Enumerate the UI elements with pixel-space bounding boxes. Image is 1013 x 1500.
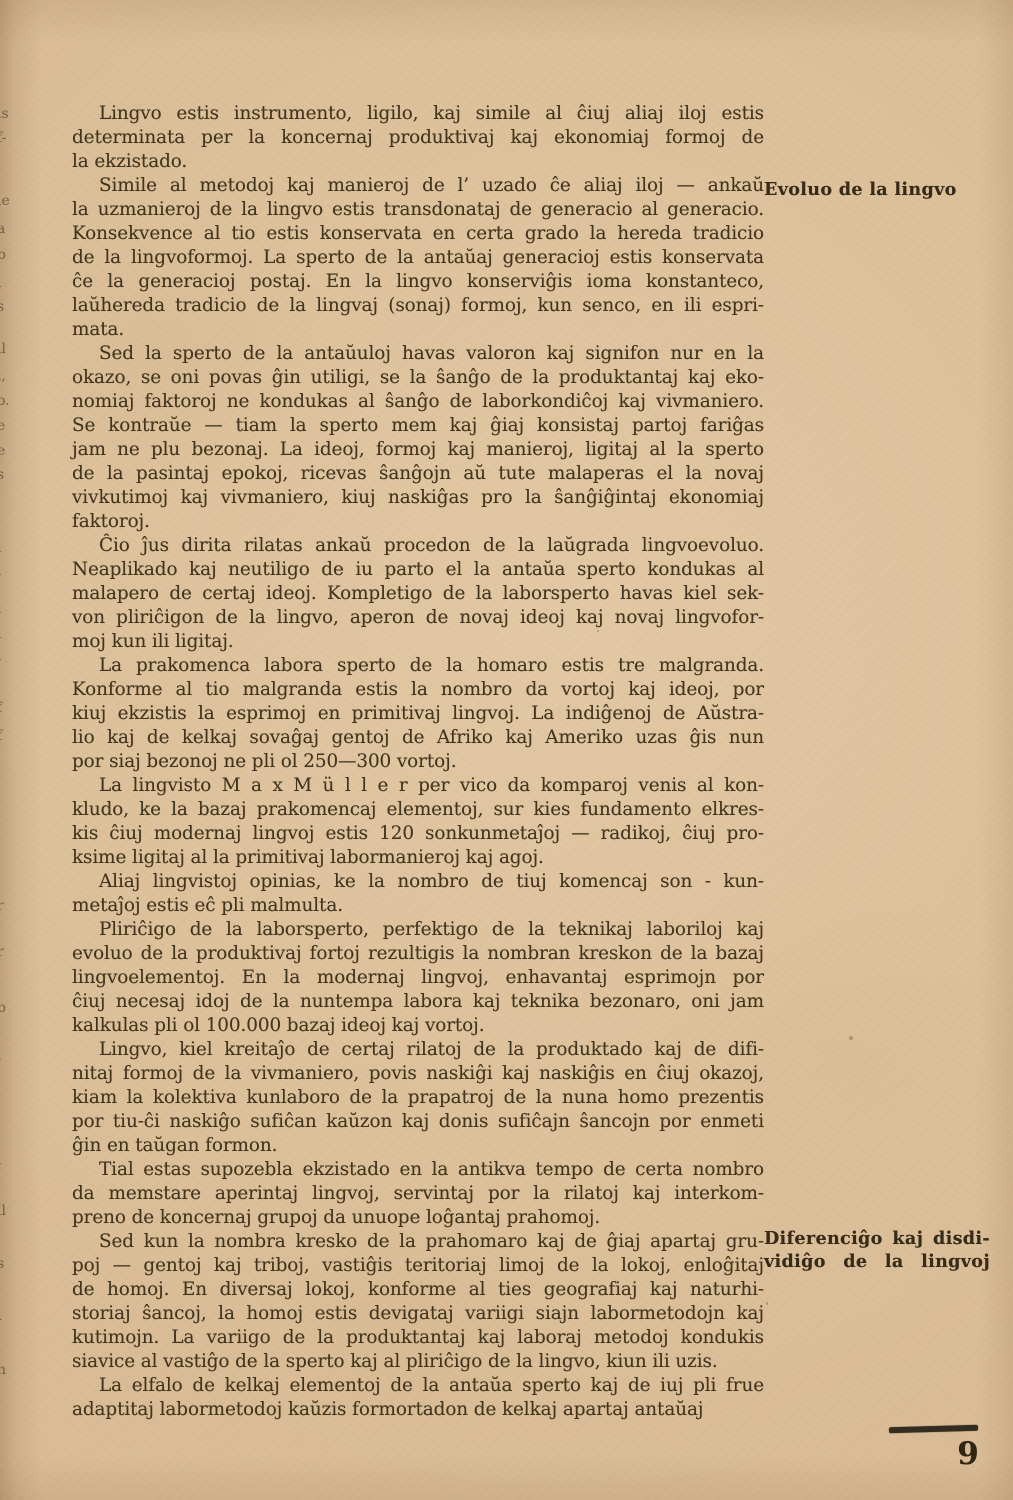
- text-line: Konsekvence al tio estis konservata en c…: [72, 222, 764, 246]
- edge-fragment: a: [0, 221, 5, 237]
- text-line: von pliriĉigon de la lingvo, aperon de n…: [72, 606, 764, 630]
- text-line: lingvoelementoj. En la modernaj lingvoj,…: [72, 966, 764, 990]
- edge-fragment: n: [0, 1362, 6, 1378]
- paragraph: Pliriĉigo de la laborsperto, perfektigo …: [72, 918, 764, 1038]
- text-line: Konforme al tio malgranda estis la nombr…: [72, 678, 764, 702]
- edge-fragment: r: [0, 898, 4, 914]
- text-line: okazo, se oni povas ĝin utiligi, se la ŝ…: [72, 366, 764, 390]
- text-line: Simile al metodoj kaj manieroj de l’ uza…: [72, 174, 764, 198]
- paragraph: La elfalo de kelkaj elementoj de la anta…: [72, 1374, 764, 1422]
- edge-fragment: s: [0, 299, 4, 315]
- edge-fragment: i: [0, 648, 1, 664]
- edge-fragment: is: [0, 106, 9, 122]
- paragraph: Sed la sperto de la antaŭuloj havas valo…: [72, 342, 764, 534]
- text-line: ĉe la generacioj postaj. En la lingvo ko…: [72, 270, 764, 294]
- edge-fragment: i: [0, 275, 1, 291]
- edge-fragment: i: [0, 601, 1, 617]
- text-line: de la lingvoformoj. La sperto de la anta…: [72, 246, 764, 270]
- text-line: la ekzistado.: [72, 150, 764, 174]
- text-line: kutimojn. La variigo de la produktantaj …: [72, 1326, 764, 1350]
- text-line: Se kontraŭe — tiam la sperto mem kaj ĝia…: [72, 414, 764, 438]
- edge-fragment: f: [0, 700, 2, 716]
- edge-fragment: l: [0, 1048, 1, 1064]
- edge-fragment: f-: [0, 130, 6, 146]
- paragraph: La prakomenca labora sperto de la homaro…: [72, 654, 764, 774]
- edge-fragment: e: [0, 418, 5, 434]
- paragraph: Ĉio ĵus dirita rilatas ankaŭ procedon de…: [72, 534, 764, 654]
- paper-speck: [766, 1302, 768, 1305]
- text-line: vivkutimoj kaj vivmaniero, kiuj naskiĝas…: [72, 486, 764, 510]
- paragraph: Lingvo estis instrumento, ligilo, kaj si…: [72, 102, 764, 174]
- paper-speck: [849, 1036, 853, 1040]
- edge-fragment: le: [0, 193, 10, 209]
- text-line: moj kun ili ligitaj.: [72, 630, 764, 654]
- page-number: 9: [948, 1436, 988, 1472]
- text-line: malapero de certaj ideoj. Kompletigo de …: [72, 582, 764, 606]
- text-line: kludo, ke la bazaj prakomencaj elementoj…: [72, 798, 764, 822]
- text-line: Ĉio ĵus dirita rilatas ankaŭ procedon de…: [72, 534, 764, 558]
- text-line: jam ne plu bezonaj. La ideoj, formoj kaj…: [72, 438, 764, 462]
- text-line: preno de koncernaj grupoj da unuope loĝa…: [72, 1206, 764, 1230]
- edge-fragment: l: [0, 563, 1, 579]
- text-line: Sed kun la nombra kresko de la prahomaro…: [72, 1230, 764, 1254]
- text-line: Aliaj lingvistoj opinias, ke la nombro d…: [72, 870, 764, 894]
- paragraph: Lingvo, kiel kreitaĵo de certaj rilatoj …: [72, 1038, 764, 1158]
- edge-fragment: s: [0, 1256, 4, 1272]
- text-line: ksime ligitaj al la primitivaj labormani…: [72, 846, 764, 870]
- book-page: isf-leabisill,o.eesililiff.rrbljiils-n L…: [0, 0, 1013, 1500]
- text-line: la uzmanieroj de la lingvo estis transdo…: [72, 198, 764, 222]
- paragraph: Aliaj lingvistoj opinias, ke la nombro d…: [72, 870, 764, 918]
- text-line: faktoroj.: [72, 510, 764, 534]
- text-line: Pliriĉigo de la laborsperto, perfektigo …: [72, 918, 764, 942]
- edge-fragment: s: [0, 467, 4, 483]
- text-line: da memstare aperintaj lingvoj, servintaj…: [72, 1182, 764, 1206]
- text-line: La elfalo de kelkaj elementoj de la anta…: [72, 1374, 764, 1398]
- text-line: ĉiuj necesaj idoj de la nuntempa labora …: [72, 990, 764, 1014]
- text-line: La prakomenca labora sperto de la homaro…: [72, 654, 764, 678]
- edge-fragment: i: [0, 540, 1, 556]
- body-text: Lingvo estis instrumento, ligilo, kaj si…: [72, 102, 764, 1422]
- paragraph: Tial estas supozebla ekzistado en la ant…: [72, 1158, 764, 1230]
- text-line: por siaj bezonoj ne pli ol 250—300 vorto…: [72, 750, 764, 774]
- paper-speck: [597, 630, 599, 632]
- text-line: poj — gentoj kaj triboj, vastiĝis terito…: [72, 1254, 764, 1278]
- text-line: por tiu-ĉi naskiĝo sufiĉan kaŭzon kaj do…: [72, 1110, 764, 1134]
- paper-speck: [761, 426, 764, 429]
- edge-fragment: l: [0, 626, 1, 642]
- paragraph: Simile al metodoj kaj manieroj de l’ uza…: [72, 174, 764, 342]
- text-line: kiuj ekzistis la esprimoj en primitivaj …: [72, 702, 764, 726]
- edge-fragment: i: [0, 1152, 1, 1168]
- text-line: storiaj ŝancoj, la homoj estis devigataj…: [72, 1302, 764, 1326]
- text-line: de la pasintaj epokoj, ricevas ŝanĝojn a…: [72, 462, 764, 486]
- edge-fragment: j: [0, 1100, 1, 1116]
- text-line: kiam la kolektiva kunlaboro de la prapat…: [72, 1086, 764, 1110]
- text-line: Tial estas supozebla ekzistado en la ant…: [72, 1158, 764, 1182]
- text-line: adaptitaj labormetodoj kaŭzis formortado…: [72, 1398, 764, 1422]
- edge-fragment: il: [0, 341, 6, 357]
- edge-fragment: l,: [0, 368, 6, 384]
- margin-note-line: Diferenciĝo kaj disdi-: [764, 1228, 990, 1251]
- text-line: de homoj. En diversaj lokoj, konforme al…: [72, 1278, 764, 1302]
- edge-fragment: f: [0, 728, 2, 744]
- text-line: Neaplikado kaj neutiligo de iu parto el …: [72, 558, 764, 582]
- edge-fragment: o.: [0, 393, 10, 409]
- edge-fragment: b: [0, 1000, 6, 1016]
- margin-note-line: Evoluo de la lingvo: [764, 179, 990, 202]
- edge-fragment: -: [0, 1311, 2, 1327]
- text-line: lio kaj de kelkaj sovaĝaj gentoj de Afri…: [72, 726, 764, 750]
- margin-note-line: vidiĝo de la lingvoj: [764, 1251, 990, 1274]
- text-line: La lingvisto M a x M ü l l e r per vico …: [72, 774, 764, 798]
- text-line: siavice al vastiĝo de la sperto kaj al p…: [72, 1350, 764, 1374]
- text-line: Lingvo, kiel kreitaĵo de certaj rilatoj …: [72, 1038, 764, 1062]
- text-line: nomiaj faktoroj ne kondukas al ŝanĝo de …: [72, 390, 764, 414]
- text-line: metaĵoj estis eĉ pli malmulta.: [72, 894, 764, 918]
- margin-note-diferencigo: Diferenciĝo kaj disdi- vidiĝo de la ling…: [764, 1228, 990, 1273]
- edge-fragments: isf-leabisill,o.eesililiff.rrbljiils-n: [0, 0, 14, 1500]
- edge-fragment: il: [0, 1203, 6, 1219]
- text-line: mata.: [72, 318, 764, 342]
- edge-fragment: b: [0, 247, 6, 263]
- edge-fragment: e: [0, 443, 5, 459]
- text-line: determinata per la koncernaj produktivaj…: [72, 126, 764, 150]
- text-line: Sed la sperto de la antaŭuloj havas valo…: [72, 342, 764, 366]
- text-line: laŭhereda tradicio de la lingvaj (sonaj)…: [72, 294, 764, 318]
- footer-rule: [889, 1425, 978, 1433]
- text-line: evoluo de la produktivaj fortoj rezultig…: [72, 942, 764, 966]
- edge-fragment: .: [0, 845, 1, 861]
- paragraph: La lingvisto M a x M ü l l e r per vico …: [72, 774, 764, 870]
- text-line: kis ĉiuj modernaj lingvoj estis 120 sonk…: [72, 822, 764, 846]
- paragraph: Sed kun la nombra kresko de la prahomaro…: [72, 1230, 764, 1374]
- text-line: kalkulas pli ol 100.000 bazaj ideoj kaj …: [72, 1014, 764, 1038]
- edge-fragment: r: [0, 944, 4, 960]
- text-line: nitaj formoj de la vivmaniero, povis nas…: [72, 1062, 764, 1086]
- text-line: ĝin en taŭgan formon.: [72, 1134, 764, 1158]
- margin-note-evoluo: Evoluo de la lingvo: [764, 179, 990, 202]
- text-line: Lingvo estis instrumento, ligilo, kaj si…: [72, 102, 764, 126]
